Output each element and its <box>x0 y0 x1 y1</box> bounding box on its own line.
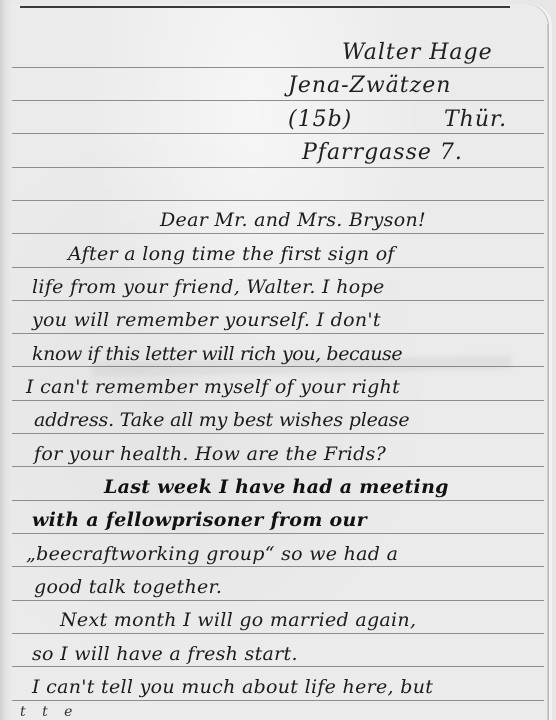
paper-right-edge <box>547 24 548 720</box>
letter-paper: Walter Hage Jena-Zwätzen (15b) Thür. Pfa… <box>12 4 548 720</box>
ruled-line <box>12 600 544 601</box>
ruled-line <box>12 700 544 701</box>
ruled-line <box>12 333 544 334</box>
body-line: so I will have a fresh start. <box>32 643 298 665</box>
ruled-line <box>12 133 544 134</box>
sender-city: Jena-Zwätzen <box>288 73 451 98</box>
truncated-line: t t e <box>20 704 78 720</box>
body-line: for your health. How are the Frids? <box>34 443 386 465</box>
ruled-line <box>12 533 544 534</box>
scanned-letter: Walter Hage Jena-Zwätzen (15b) Thür. Pfa… <box>0 0 556 720</box>
ruled-line <box>12 267 544 268</box>
body-line: I can't tell you much about life here, b… <box>32 676 433 698</box>
body-line: address. Take all my best wishes please <box>34 409 409 431</box>
ruled-line <box>12 167 544 168</box>
ruled-line <box>12 100 544 101</box>
body-line: good talk together. <box>34 576 222 598</box>
sender-street: Pfarrgasse 7. <box>302 140 463 165</box>
ruled-line <box>12 200 544 201</box>
sender-postal-code: (15b) <box>288 107 352 132</box>
ruled-line <box>12 233 544 234</box>
body-line: „beecraftworking group“ so we had a <box>26 543 398 565</box>
sender-region: Thür. <box>444 107 507 132</box>
body-line: Next month I will go married again, <box>60 609 416 631</box>
ruled-line <box>12 400 544 401</box>
body-line: After a long time the first sign of <box>68 243 395 265</box>
salutation: Dear Mr. and Mrs. Bryson! <box>160 209 426 231</box>
ruled-line <box>12 633 544 634</box>
body-line: with a fellowprisoner from our <box>32 509 367 531</box>
body-line: Last week I have had a meeting <box>104 476 449 498</box>
paper-top-border <box>20 6 510 8</box>
ruled-line <box>12 300 544 301</box>
ruled-line <box>12 666 544 667</box>
body-line: I can't remember myself of your right <box>26 376 400 398</box>
body-line: life from your friend, Walter. I hope <box>32 276 385 298</box>
ruled-line <box>12 500 544 501</box>
ruled-line <box>12 67 544 68</box>
ruled-line <box>12 466 544 467</box>
ruled-line <box>12 566 544 567</box>
body-line: know if this letter will rich you, becau… <box>32 343 402 365</box>
sender-name: Walter Hage <box>342 40 493 65</box>
ruled-line <box>12 433 544 434</box>
body-line: you will remember yourself. I don't <box>32 309 381 331</box>
